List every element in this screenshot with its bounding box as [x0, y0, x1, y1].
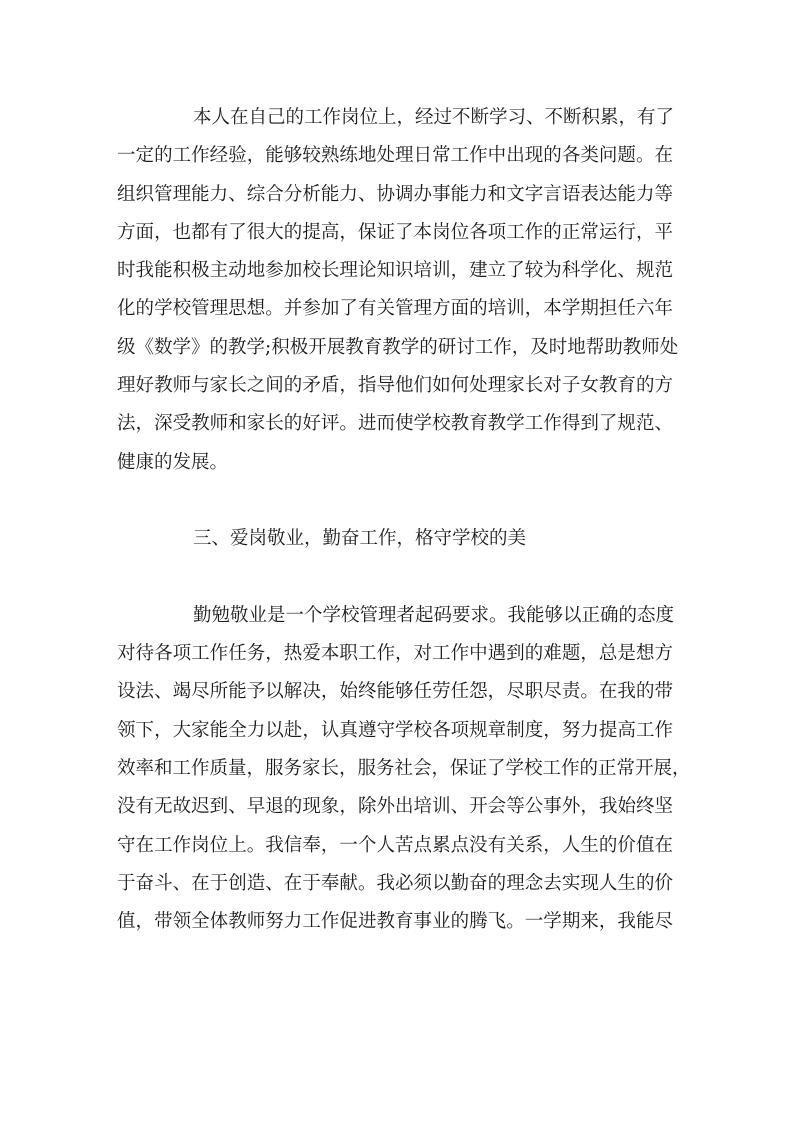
paragraph-line: 本人在自己的工作岗位上，经过不断学习、不断积累，有了 [117, 99, 673, 137]
paragraph-line: 级《数学》的教学;积极开展教育教学的研讨工作，及时地帮助教师处 [117, 329, 673, 367]
paragraph-line: 没有无故迟到、早退的现象，除外出培训、开会等公事外，我始终坚 [117, 788, 673, 826]
paragraph-work-experience: 本人在自己的工作岗位上，经过不断学习、不断积累，有了 一定的工作经验，能够较熟练… [117, 99, 673, 482]
spacer [117, 559, 673, 597]
paragraph-line: 对待各项工作任务，热爱本职工作，对工作中遇到的难题，总是想方 [117, 635, 673, 673]
spacer [117, 482, 673, 520]
paragraph-line: 领下，大家能全力以赴，认真遵守学校各项规章制度，努力提高工作 [117, 712, 673, 750]
paragraph-line: 方面，也都有了很大的提高，保证了本岗位各项工作的正常运行，平 [117, 214, 673, 252]
paragraph-line: 值，带领全体教师努力工作促进教育事业的腾飞。一学期来，我能尽 [117, 903, 673, 941]
paragraph-line: 时我能积极主动地参加校长理论知识培训，建立了较为科学化、规范 [117, 252, 673, 290]
section-heading: 三、爱岗敬业，勤奋工作，格守学校的美 [117, 520, 673, 558]
paragraph-line: 设法、竭尽所能予以解决，始终能够任劳任怨，尽职尽责。在我的带 [117, 673, 673, 711]
document-page: 本人在自己的工作岗位上，经过不断学习、不断积累，有了 一定的工作经验，能够较熟练… [117, 99, 673, 942]
paragraph-line: 组织管理能力、综合分析能力、协调办事能力和文字言语表达能力等 [117, 176, 673, 214]
paragraph-line: 健康的发展。 [117, 444, 673, 482]
paragraph-line: 守在工作岗位上。我信奉，一个人苦点累点没有关系，人生的价值在 [117, 827, 673, 865]
paragraph-line: 效率和工作质量，服务家长，服务社会，保证了学校工作的正常开展， [117, 750, 673, 788]
paragraph-line: 于奋斗、在于创造、在于奉献。我必须以勤奋的理念去实现人生的价 [117, 865, 673, 903]
paragraph-line: 法，深受教师和家长的好评。进而使学校教育教学工作得到了规范、 [117, 405, 673, 443]
paragraph-line: 化的学校管理思想。并参加了有关管理方面的培训，本学期担任六年 [117, 290, 673, 328]
paragraph-dedication: 勤勉敬业是一个学校管理者起码要求。我能够以正确的态度 对待各项工作任务，热爱本职… [117, 597, 673, 942]
paragraph-line: 勤勉敬业是一个学校管理者起码要求。我能够以正确的态度 [117, 597, 673, 635]
paragraph-line: 理好教师与家长之间的矛盾，指导他们如何处理家长对子女教育的方 [117, 367, 673, 405]
paragraph-line: 一定的工作经验，能够较熟练地处理日常工作中出现的各类问题。在 [117, 137, 673, 175]
